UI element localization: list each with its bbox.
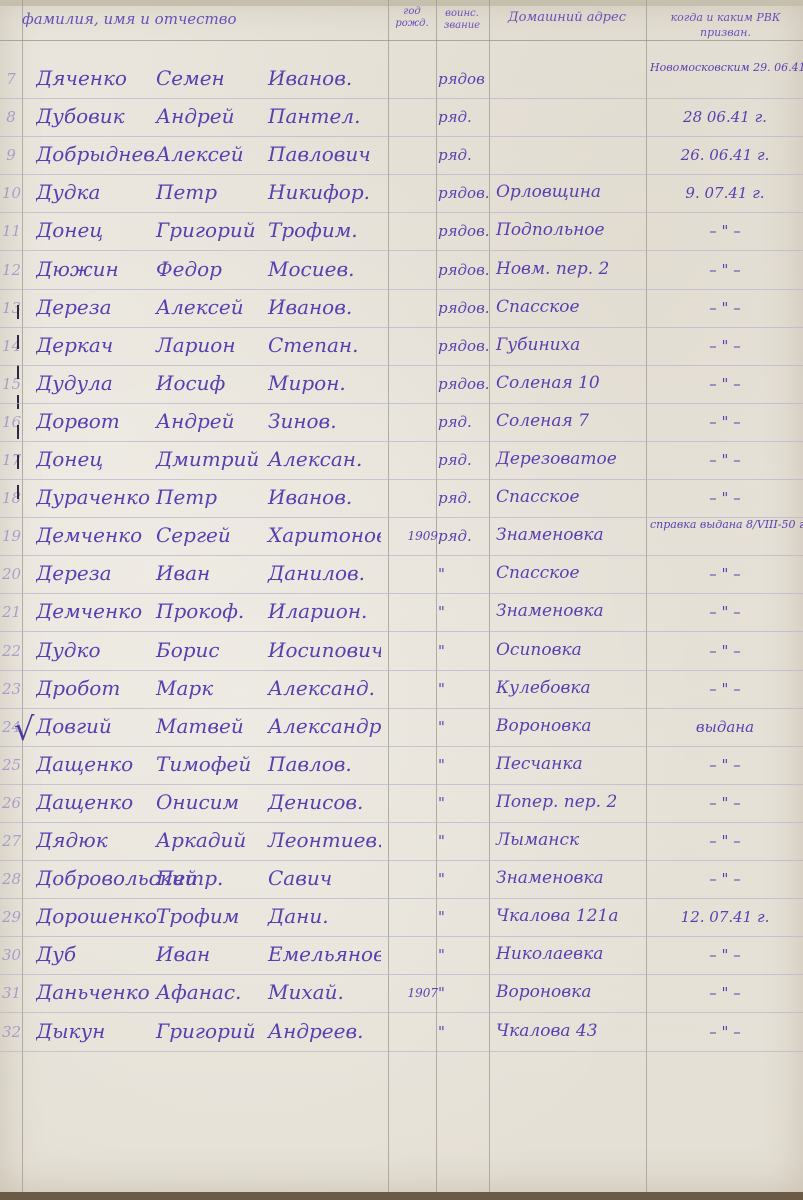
row-number: 7 [2,70,20,88]
header-rule [0,40,803,41]
military-rank: " [438,1023,492,1041]
last-name: Добрыднев [36,142,156,166]
row-number: 10 [2,184,20,202]
register-row: 9ДобрыдневАлексейПавловичряд.26. 06.41 г… [0,138,803,176]
full-name: ДобровольскийПетр.Савич [36,866,381,890]
row-rule [0,860,803,861]
home-address: Соленая 10 [496,373,646,393]
first-name: Борис [156,638,268,662]
home-address: Осиповка [496,640,646,660]
patronymic: Никифор. [268,180,370,204]
row-rule [0,555,803,556]
patronymic: Трофим. [268,218,358,242]
last-name: Демченко [36,523,156,547]
register-row: 8ДубовикАндрейПантел.ряд.28 06.41 г. [0,100,803,138]
patronymic: Дани. [268,904,329,928]
patronymic: Зинов. [268,409,337,433]
register-row: 22ДудкоБорисИосипович"Осиповка– " – [0,634,803,672]
row-number: 26 [2,794,20,812]
full-name: ДудкоБорисИосипович [36,638,381,662]
register-row: 10ДудкаПетрНикифор.рядов.Орловщина9. 07.… [0,176,803,214]
last-name: Дядюк [36,828,156,852]
military-rank: ряд. [438,451,492,469]
full-name: ДорвотАндрейЗинов. [36,409,381,433]
home-address: Вороновка [496,716,646,736]
home-address: Дерезоватое [496,449,646,469]
first-name: Иван [156,561,268,585]
row-number: 19 [2,527,20,545]
register-row: 32ДыкунГригорийАндреев."Чкалова 43– " – [0,1015,803,1053]
military-rank: " [438,756,492,774]
full-name: ДонецГригорийТрофим. [36,218,381,242]
row-rule [0,517,803,518]
called-up-info: – " – [650,565,800,583]
birth-year: 1907 [380,986,438,1000]
row-rule [0,784,803,785]
row-rule [0,250,803,251]
patronymic: Александр. [268,714,381,738]
called-up-info: 12. 07.41 г. [650,908,800,926]
called-up-info: 9. 07.41 г. [650,184,800,202]
row-rule [0,898,803,899]
row-rule [0,1051,803,1052]
first-name: Петр [156,485,268,509]
home-address: Губиниха [496,335,646,355]
last-name: Демченко [36,599,156,623]
full-name: ДемченкоСергейХаритонов. [36,523,381,547]
patronymic: Иванов. [268,485,352,509]
margin-mark [17,455,19,469]
military-rank: рядов. [438,337,492,355]
row-rule [0,593,803,594]
row-number: 12 [2,261,20,279]
row-rule [0,479,803,480]
register-row: 20ДерезаИванДанилов."Спасское– " – [0,557,803,595]
home-address: Знаменовка [496,601,646,621]
military-rank: " [438,908,492,926]
patronymic: Александ. [268,676,375,700]
register-row: 11ДонецГригорийТрофим.рядов.Подпольное– … [0,214,803,252]
header-rank: воинс. звание [437,8,487,32]
home-address: Чкалова 121а [496,906,646,926]
called-up-info: – " – [650,261,800,279]
last-name: Дащенко [36,752,156,776]
home-address: Чкалова 43 [496,1021,646,1041]
full-name: ДроботМаркАлександ. [36,676,381,700]
military-rank: " [438,642,492,660]
patronymic: Степан. [268,333,358,357]
first-name: Петр [156,180,268,204]
patronymic: Леонтиев. [268,828,381,852]
register-row: 24ДовгийМатвейАлександр."Вороновкавыдана… [0,710,803,748]
last-name: Дыкун [36,1019,156,1043]
first-name: Онисим [156,790,268,814]
last-name: Дробот [36,676,156,700]
header-birth-year: год рожд. [392,6,432,30]
register-row: 18ДураченкоПетрИванов.ряд.Спасское– " – [0,481,803,519]
first-name: Алексей [156,295,268,319]
called-up-info: – " – [650,413,800,431]
first-name: Григорий [156,1019,268,1043]
military-rank: ряд. [438,146,492,164]
full-name: ДонецДмитрийАлексан. [36,447,381,471]
row-number: 29 [2,908,20,926]
last-name: Дорошенко [36,904,156,928]
full-name: ДеркачЛарионСтепан. [36,333,381,357]
full-name: ДерезаАлексейИванов. [36,295,381,319]
row-number: 25 [2,756,20,774]
called-up-info: – " – [650,603,800,621]
register-row: 19ДемченкоСергейХаритонов.1909ряд.Знамен… [0,519,803,557]
full-name: ДовгийМатвейАлександр. [36,714,381,738]
home-address: Подпольное [496,220,646,240]
patronymic: Харитонов. [268,523,381,547]
first-name: Дмитрий [156,447,268,471]
last-name: Дорвот [36,409,156,433]
called-up-info: – " – [650,832,800,850]
home-address: Николаевка [496,944,646,964]
row-rule [0,974,803,975]
row-rule [0,631,803,632]
first-name: Семен [156,66,268,90]
register-row: 14ДеркачЛарионСтепан.рядов.Губиниха– " – [0,329,803,367]
full-name: ДюжинФедорМосиев. [36,257,381,281]
military-rank: рядов. [438,222,492,240]
called-up-info: – " – [650,642,800,660]
home-address: Новм. пер. 2 [496,259,646,279]
home-address: Спасское [496,563,646,583]
military-rank: рядов [438,70,492,88]
called-up-info: – " – [650,870,800,888]
military-rank: ряд. [438,489,492,507]
first-name: Алексей [156,142,268,166]
first-name: Иосиф [156,371,268,395]
margin-mark [17,425,19,439]
margin-mark [17,485,19,499]
row-number: 27 [2,832,20,850]
last-name: Донец [36,447,156,471]
first-name: Иван [156,942,268,966]
register-row: 15ДудулаИосифМирон.рядов.Соленая 10– " – [0,367,803,405]
margin-mark [17,335,19,349]
patronymic: Михай. [268,980,344,1004]
first-name: Ларион [156,333,268,357]
last-name: Добровольский [36,866,156,890]
home-address: Соленая 7 [496,411,646,431]
first-name: Прокоф. [156,599,268,623]
row-rule [0,708,803,709]
full-name: ДубовикАндрейПантел. [36,104,381,128]
first-name: Андрей [156,409,268,433]
row-rule [0,136,803,137]
full-name: ДащенкоОнисимДенисов. [36,790,381,814]
military-rank: " [438,603,492,621]
military-rank: рядов. [438,261,492,279]
military-rank: ряд. [438,527,492,545]
patronymic: Павлов. [268,752,352,776]
patronymic: Иванов. [268,66,352,90]
last-name: Дубовик [36,104,156,128]
patronymic: Павлович [268,142,371,166]
register-row: 26ДащенкоОнисимДенисов."Попер. пер. 2– "… [0,786,803,824]
row-number: 23 [2,680,20,698]
register-row: 12ДюжинФедорМосиев.рядов.Новм. пер. 2– "… [0,253,803,291]
called-up-info: – " – [650,1023,800,1041]
last-name: Донец [36,218,156,242]
last-name: Даньченко [36,980,156,1004]
row-number: 32 [2,1023,20,1041]
last-name: Дюжин [36,257,156,281]
called-up-info: справка выдана 8/VIII-50 г. [650,519,800,531]
military-rank: " [438,680,492,698]
register-row: 31ДаньченкоАфанас.Михай.1907"Вороновка– … [0,976,803,1014]
last-name: Дащенко [36,790,156,814]
row-rule [0,365,803,366]
last-name: Дереза [36,295,156,319]
header-name: фамилия, имя и отчество [22,10,237,28]
first-name: Афанас. [156,980,268,1004]
military-rank: рядов. [438,299,492,317]
last-name: Дураченко [36,485,156,509]
home-address: Спасское [496,297,646,317]
home-address: Лыманск [496,830,646,850]
patronymic: Иванов. [268,295,352,319]
patronymic: Иосипович [268,638,381,662]
called-up-info: Новомосковским 29. 06.41 г. [650,62,800,74]
row-rule [0,174,803,175]
patronymic: Мирон. [268,371,346,395]
called-up-info: – " – [650,794,800,812]
military-rank: " [438,832,492,850]
row-rule [0,1012,803,1013]
last-name: Довгий [36,714,156,738]
patronymic: Емельянов. [268,942,381,966]
register-row: 27ДядюкАркадийЛеонтиев."Лыманск– " – [0,824,803,862]
called-up-info: 26. 06.41 г. [650,146,800,164]
called-up-info: – " – [650,375,800,393]
row-rule [0,403,803,404]
military-rank: " [438,946,492,964]
header-called-up: когда и каким РВК призван. [648,10,803,40]
called-up-info: – " – [650,756,800,774]
full-name: ДяченкоСеменИванов. [36,66,381,90]
row-number: 11 [2,222,20,240]
first-name: Трофим [156,904,268,928]
full-name: ДядюкАркадийЛеонтиев. [36,828,381,852]
row-rule [0,822,803,823]
register-page: фамилия, имя и отчество год рожд. воинс.… [0,0,803,1192]
first-name: Тимофей [156,752,268,776]
full-name: ДураченкоПетрИванов. [36,485,381,509]
first-name: Григорий [156,218,268,242]
first-name: Сергей [156,523,268,547]
row-number: 8 [2,108,20,126]
last-name: Дуб [36,942,156,966]
military-rank: " [438,984,492,1002]
row-rule [0,98,803,99]
full-name: ДобрыдневАлексейПавлович [36,142,381,166]
register-row: 30ДубИванЕмельянов."Николаевка– " – [0,938,803,976]
military-rank: ряд. [438,413,492,431]
called-up-info: – " – [650,222,800,240]
military-rank: " [438,870,492,888]
row-rule [0,670,803,671]
birth-year: 1909 [380,529,438,543]
register-row: 29ДорошенкоТрофимДани."Чкалова 121а12. 0… [0,900,803,938]
called-up-info: – " – [650,337,800,355]
header-address: Домашний адрес [492,10,642,25]
row-rule [0,212,803,213]
last-name: Деркач [36,333,156,357]
called-up-info: – " – [650,299,800,317]
called-up-info: – " – [650,680,800,698]
first-name: Марк [156,676,268,700]
last-name: Дяченко [36,66,156,90]
last-name: Дереза [36,561,156,585]
last-name: Дудула [36,371,156,395]
patronymic: Андреев. [268,1019,363,1043]
first-name: Андрей [156,104,268,128]
called-up-info: – " – [650,451,800,469]
full-name: ДубИванЕмельянов. [36,942,381,966]
first-name: Аркадий [156,828,268,852]
called-up-info: выдана [650,718,800,736]
home-address: Вороновка [496,982,646,1002]
military-rank: " [438,565,492,583]
row-number: 22 [2,642,20,660]
called-up-info: – " – [650,984,800,1002]
row-number: 9 [2,146,20,164]
military-rank: ряд. [438,108,492,126]
row-rule [0,289,803,290]
home-address: Орловщина [496,182,646,202]
home-address: Спасское [496,487,646,507]
full-name: ДудкаПетрНикифор. [36,180,381,204]
full-name: ДерезаИванДанилов. [36,561,381,585]
row-number: 20 [2,565,20,583]
margin-mark [17,365,19,379]
patronymic: Алексан. [268,447,362,471]
register-row: 7ДяченкоСеменИванов.рядовНовомосковским … [0,62,803,100]
patronymic: Савич [268,866,332,890]
patronymic: Иларион. [268,599,367,623]
home-address: Знаменовка [496,868,646,888]
register-row: 23ДроботМаркАлександ."Кулебовка– " – [0,672,803,710]
first-name: Петр. [156,866,268,890]
called-up-info: – " – [650,946,800,964]
register-row: 16ДорвотАндрейЗинов.ряд.Соленая 7– " – [0,405,803,443]
home-address: Песчанка [496,754,646,774]
register-row: 28ДобровольскийПетр.Савич"Знаменовка– " … [0,862,803,900]
full-name: ДаньченкоАфанас.Михай. [36,980,381,1004]
register-row: 25ДащенкоТимофейПавлов."Песчанка– " – [0,748,803,786]
called-up-info: 28 06.41 г. [650,108,800,126]
patronymic: Пантел. [268,104,360,128]
register-row: 21ДемченкоПрокоф.Иларион."Знаменовка– " … [0,595,803,633]
row-rule [0,746,803,747]
margin-mark [17,305,19,319]
row-rule [0,327,803,328]
military-rank: рядов. [438,375,492,393]
full-name: ДыкунГригорийАндреев. [36,1019,381,1043]
military-rank: " [438,718,492,736]
full-name: ДорошенкоТрофимДани. [36,904,381,928]
home-address: Знаменовка [496,525,646,545]
first-name: Матвей [156,714,268,738]
patronymic: Мосиев. [268,257,354,281]
military-rank: " [438,794,492,812]
military-rank: рядов. [438,184,492,202]
register-row: 13ДерезаАлексейИванов.рядов.Спасское– " … [0,291,803,329]
row-number: 28 [2,870,20,888]
home-address: Попер. пер. 2 [496,792,646,812]
row-number: 21 [2,603,20,621]
last-name: Дудка [36,180,156,204]
checkmark-icon: √ [14,710,34,748]
last-name: Дудко [36,638,156,662]
first-name: Федор [156,257,268,281]
full-name: ДащенкоТимофейПавлов. [36,752,381,776]
full-name: ДемченкоПрокоф.Иларион. [36,599,381,623]
row-number: 31 [2,984,20,1002]
home-address: Кулебовка [496,678,646,698]
full-name: ДудулаИосифМирон. [36,371,381,395]
row-number: 30 [2,946,20,964]
register-row: 17ДонецДмитрийАлексан.ряд.Дерезоватое– "… [0,443,803,481]
row-rule [0,441,803,442]
row-rule [0,936,803,937]
called-up-info: – " – [650,489,800,507]
patronymic: Данилов. [268,561,365,585]
patronymic: Денисов. [268,790,363,814]
